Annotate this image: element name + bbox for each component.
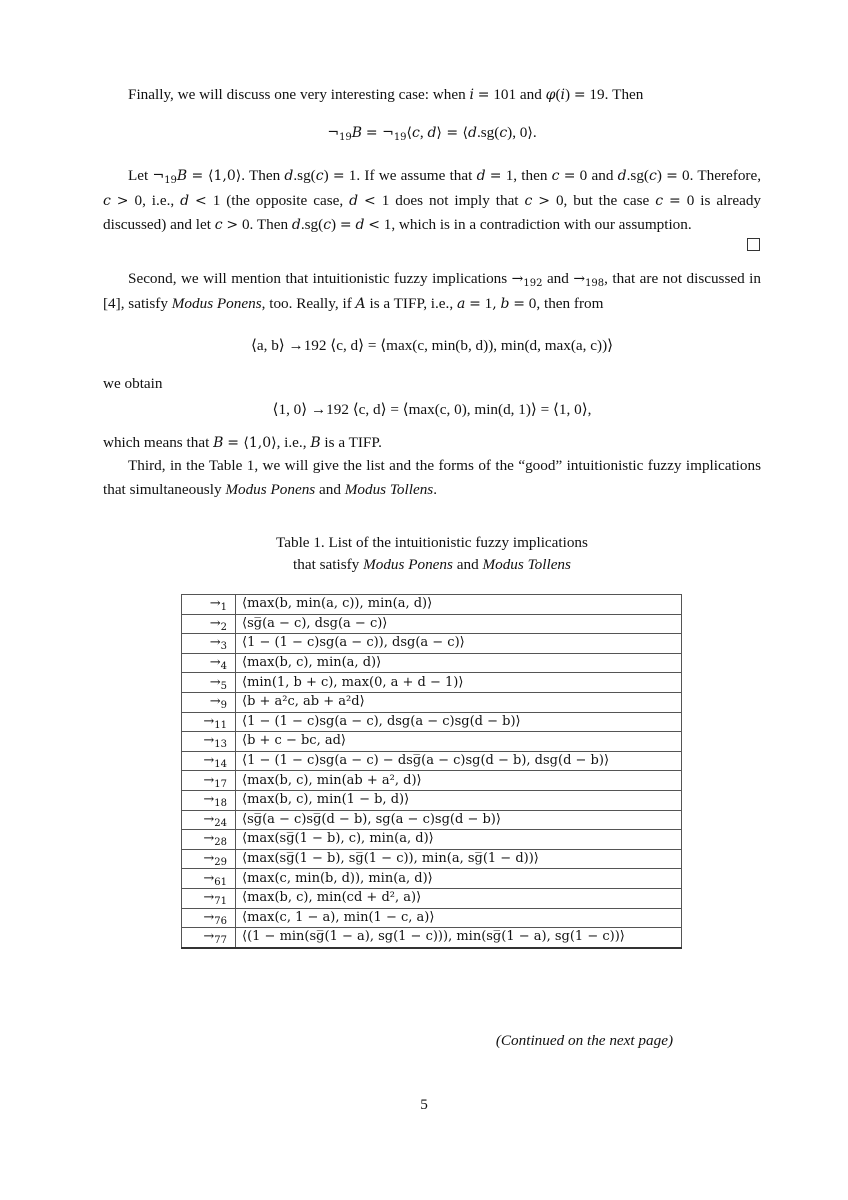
implication-formula: ⟨1 − (1 − c)sg(a − c)), dsg(a − c)⟩ [236, 634, 682, 654]
implication-formula: ⟨sg̅(a − c)sg̅(d − b), sg(a − c)sg(d − b… [236, 810, 682, 830]
equation-192-general: ⟨a, b⟩ →192 ⟨c, d⟩ = ⟨max(c, min(b, d)),… [103, 336, 761, 356]
table-row: →3⟨1 − (1 − c)sg(a − c)), dsg(a − c)⟩ [182, 634, 682, 654]
implication-index: →3 [182, 634, 236, 654]
table-row: →1⟨max(b, min(a, c)), min(a, d)⟩ [182, 595, 682, 615]
implication-index: →2 [182, 614, 236, 634]
paragraph-proof: Let ¬19B = ⟨1,0⟩. Then d.sg(c) = 1. If w… [103, 164, 761, 238]
implication-index: →71 [182, 888, 236, 908]
implication-index: →24 [182, 810, 236, 830]
implication-formula: ⟨1 − (1 − c)sg(a − c) − dsg̅(a − c)sg(d … [236, 751, 682, 771]
table-row: →76⟨max(c, 1 − a), min(1 − c, a)⟩ [182, 908, 682, 928]
implication-formula: ⟨max(b, c), min(ab + a², d)⟩ [236, 771, 682, 791]
implication-index: →5 [182, 673, 236, 693]
table-row: →71⟨max(b, c), min(cd + d², a)⟩ [182, 888, 682, 908]
implications-table: →1⟨max(b, min(a, c)), min(a, d)⟩→2⟨sg̅(a… [181, 594, 682, 949]
implication-formula: ⟨max(sg̅(1 − b), sg̅(1 − c)), min(a, sg̅… [236, 849, 682, 869]
table-caption: Table 1. List of the intuitionistic fuzz… [103, 532, 761, 576]
paragraph-we-obtain: we obtain [103, 372, 761, 396]
implication-formula: ⟨sg̅(a − c), dsg(a − c)⟩ [236, 614, 682, 634]
implication-index: →17 [182, 771, 236, 791]
implication-formula: ⟨min(1, b + c), max(0, a + d − 1)⟩ [236, 673, 682, 693]
implication-index: →61 [182, 869, 236, 889]
equation-neg19: ¬19B = ¬19⟨c, d⟩ = ⟨d.sg(c), 0⟩. [103, 123, 761, 143]
implication-formula: ⟨1 − (1 − c)sg(a − c), dsg(a − c)sg(d − … [236, 712, 682, 732]
implication-formula: ⟨max(b, c), min(a, d)⟩ [236, 653, 682, 673]
table-row: →2⟨sg̅(a − c), dsg(a − c)⟩ [182, 614, 682, 634]
paragraph-second: Second, we will mention that intuitionis… [103, 267, 761, 316]
paragraph-which-means: which means that B = ⟨1,0⟩, i.e., B is a… [103, 431, 761, 456]
table-row: →24⟨sg̅(a − c)sg̅(d − b), sg(a − c)sg(d … [182, 810, 682, 830]
equation-192-tifp: ⟨1, 0⟩ →192 ⟨c, d⟩ = ⟨max(c, 0), min(d, … [103, 400, 761, 420]
table-row: →13⟨b + c − bc, ad⟩ [182, 732, 682, 752]
table-row: →9⟨b + a²c, ab + a²d⟩ [182, 692, 682, 712]
implication-index: →14 [182, 751, 236, 771]
implication-index: →29 [182, 849, 236, 869]
implication-formula: ⟨max(c, min(b, d)), min(a, d)⟩ [236, 869, 682, 889]
table-row: →29⟨max(sg̅(1 − b), sg̅(1 − c)), min(a, … [182, 849, 682, 869]
table-row: →11⟨1 − (1 − c)sg(a − c), dsg(a − c)sg(d… [182, 712, 682, 732]
implication-index: →28 [182, 830, 236, 850]
caption-line-1: Table 1. List of the intuitionistic fuzz… [103, 532, 761, 554]
continued-note: (Continued on the next page) [496, 1032, 673, 1050]
implication-formula: ⟨(1 − min(sg̅(1 − a), sg(1 − c))), min(s… [236, 928, 682, 948]
implication-index: →1 [182, 595, 236, 615]
table-row: →18⟨max(b, c), min(1 − b, d)⟩ [182, 790, 682, 810]
table-row: →28⟨max(sg̅(1 − b), c), min(a, d)⟩ [182, 830, 682, 850]
implication-index: →4 [182, 653, 236, 673]
table-row: →4⟨max(b, c), min(a, d)⟩ [182, 653, 682, 673]
implication-index: →18 [182, 790, 236, 810]
table-row: →5⟨min(1, b + c), max(0, a + d − 1)⟩ [182, 673, 682, 693]
implication-index: →13 [182, 732, 236, 752]
qed-square-icon [747, 238, 760, 251]
implication-index: →77 [182, 928, 236, 948]
implication-formula: ⟨max(b, c), min(1 − b, d)⟩ [236, 790, 682, 810]
table-row: →77⟨(1 − min(sg̅(1 − a), sg(1 − c))), mi… [182, 928, 682, 948]
implication-formula: ⟨max(b, min(a, c)), min(a, d)⟩ [236, 595, 682, 615]
page-number: 5 [0, 1096, 848, 1114]
implication-formula: ⟨max(b, c), min(cd + d², a)⟩ [236, 888, 682, 908]
table-row: →17⟨max(b, c), min(ab + a², d)⟩ [182, 771, 682, 791]
implication-index: →76 [182, 908, 236, 928]
paragraph-third: Third, in the Table 1, we will give the … [103, 454, 761, 501]
implication-formula: ⟨max(c, 1 − a), min(1 − c, a)⟩ [236, 908, 682, 928]
implication-formula: ⟨max(sg̅(1 − b), c), min(a, d)⟩ [236, 830, 682, 850]
implication-index: →9 [182, 692, 236, 712]
paragraph-final-case: Finally, we will discuss one very intere… [103, 83, 761, 108]
table-row: →14⟨1 − (1 − c)sg(a − c) − dsg̅(a − c)sg… [182, 751, 682, 771]
implication-formula: ⟨b + a²c, ab + a²d⟩ [236, 692, 682, 712]
paper-page: Finally, we will discuss one very intere… [0, 0, 848, 1200]
implication-formula: ⟨b + c − bc, ad⟩ [236, 732, 682, 752]
table-row: →61⟨max(c, min(b, d)), min(a, d)⟩ [182, 869, 682, 889]
caption-line-2: that satisfy Modus Ponens and Modus Toll… [103, 554, 761, 576]
implication-index: →11 [182, 712, 236, 732]
